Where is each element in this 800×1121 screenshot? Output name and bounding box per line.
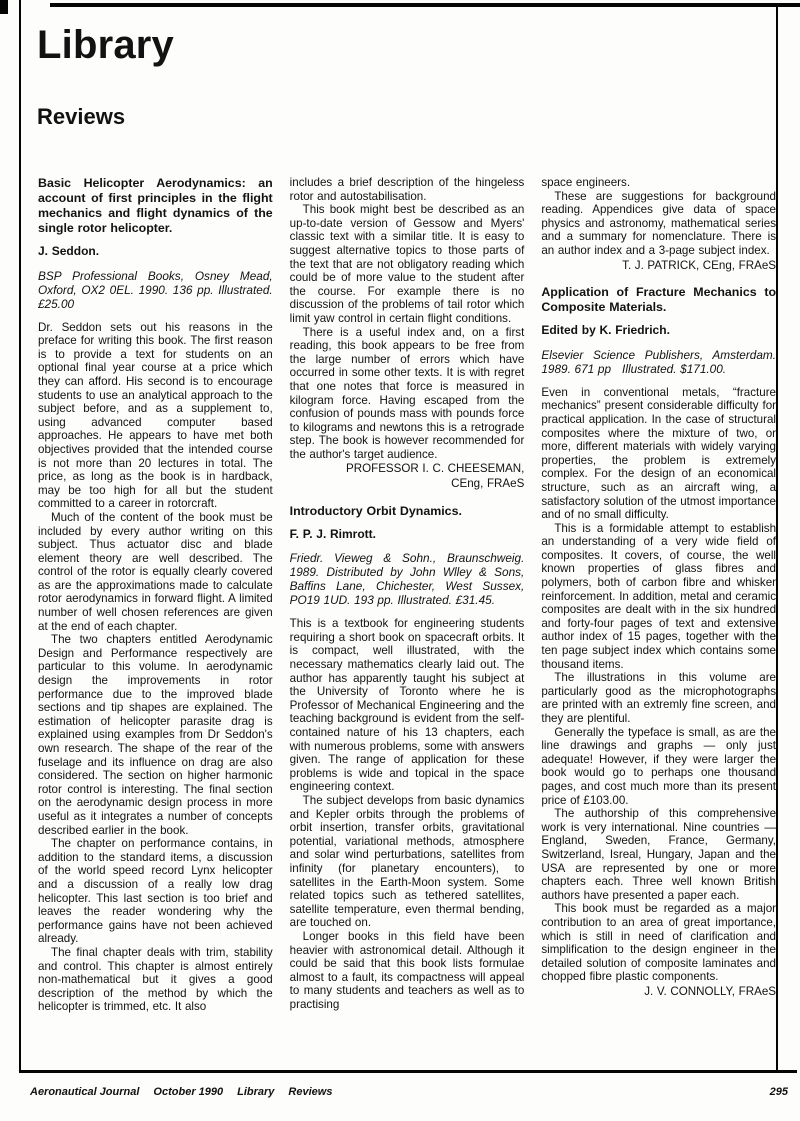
review-paragraph: Longer books in this field have been hea… (290, 930, 525, 1012)
footer-page-number: 295 (770, 1086, 788, 1099)
review-columns: Basic Helicopter Aerodynamics: an accoun… (38, 176, 776, 1014)
review-paragraph: The two chapters entitled Aerodynamic De… (38, 633, 273, 837)
book-author: Edited by K. Friedrich. (541, 324, 776, 338)
frame-right-rule (776, 6, 778, 1072)
review-paragraph: This is a textbook for engineering stude… (290, 617, 525, 794)
column-1: Basic Helicopter Aerodynamics: an accoun… (38, 176, 273, 1014)
footer-journal-title: Aeronautical Journal (30, 1086, 139, 1099)
reviewer-signature: J. V. CONNOLLY, FRAeS (541, 985, 776, 999)
review-paragraph: Dr. Seddon sets out his reasons in the p… (38, 321, 273, 511)
footer-subsection: Reviews (288, 1086, 332, 1099)
reviewer-signature: CEng, FRAeS (290, 477, 525, 491)
review-paragraph: includes a brief description of the hing… (290, 176, 525, 203)
frame-left-rule (19, 0, 21, 1073)
book-imprint: Friedr. Vieweg & Sohn., Braunschweig. 19… (290, 551, 525, 607)
section-heading: Reviews (37, 104, 125, 130)
book-imprint: Elsevier Science Publishers, Amsterdam. … (541, 348, 776, 376)
review-paragraph: The illustrations in this volume are par… (541, 671, 776, 725)
book-author: J. Seddon. (38, 245, 273, 259)
review-paragraph: Generally the typeface is small, as are … (541, 726, 776, 808)
book-author: F. P. J. Rimrott. (290, 528, 525, 542)
frame-top-rule (50, 3, 800, 7)
review-paragraph: The final chapter deals with trim, stabi… (38, 946, 273, 1014)
book-title: Basic Helicopter Aerodynamics: an accoun… (38, 176, 273, 236)
scan-corner-mark (0, 0, 8, 14)
page-footer: Aeronautical Journal October 1990 Librar… (30, 1086, 788, 1099)
book-imprint: BSP Professional Books, Osney Mead, Oxfo… (38, 269, 273, 311)
footer-issue: October 1990 (153, 1086, 223, 1099)
review-paragraph: Much of the content of the book must be … (38, 511, 273, 633)
column-2: includes a brief description of the hing… (290, 176, 525, 1014)
book-title: Application of Fracture Mechanics to Com… (541, 285, 776, 315)
footer-section: Library (237, 1086, 274, 1099)
book-title: Introductory Orbit Dynamics. (290, 504, 525, 519)
review-paragraph: The authorship of this comprehensive wor… (541, 807, 776, 902)
review-paragraph: This is a formidable attempt to establis… (541, 522, 776, 672)
journal-page: Library Reviews Basic Helicopter Aerodyn… (0, 0, 800, 1121)
reviewer-signature: T. J. PATRICK, CEng, FRAeS (541, 259, 776, 273)
review-paragraph: There is a useful index and, on a first … (290, 326, 525, 462)
review-paragraph: Even in conventional metals, “fracture m… (541, 386, 776, 522)
review-paragraph: This book might best be described as an … (290, 203, 525, 325)
reviewer-signature: PROFESSOR I. C. CHEESEMAN, (290, 462, 525, 476)
column-3: space engineers.These are suggestions fo… (541, 176, 776, 1014)
review-paragraph: The chapter on performance contains, in … (38, 837, 273, 946)
review-paragraph: The subject develops from basic dynamics… (290, 794, 525, 930)
page-title: Library (37, 22, 174, 68)
review-paragraph: These are suggestions for background rea… (541, 190, 776, 258)
review-paragraph: space engineers. (541, 176, 776, 190)
review-paragraph: This book must be regarded as a major co… (541, 902, 776, 984)
frame-bottom-rule (19, 1070, 797, 1073)
